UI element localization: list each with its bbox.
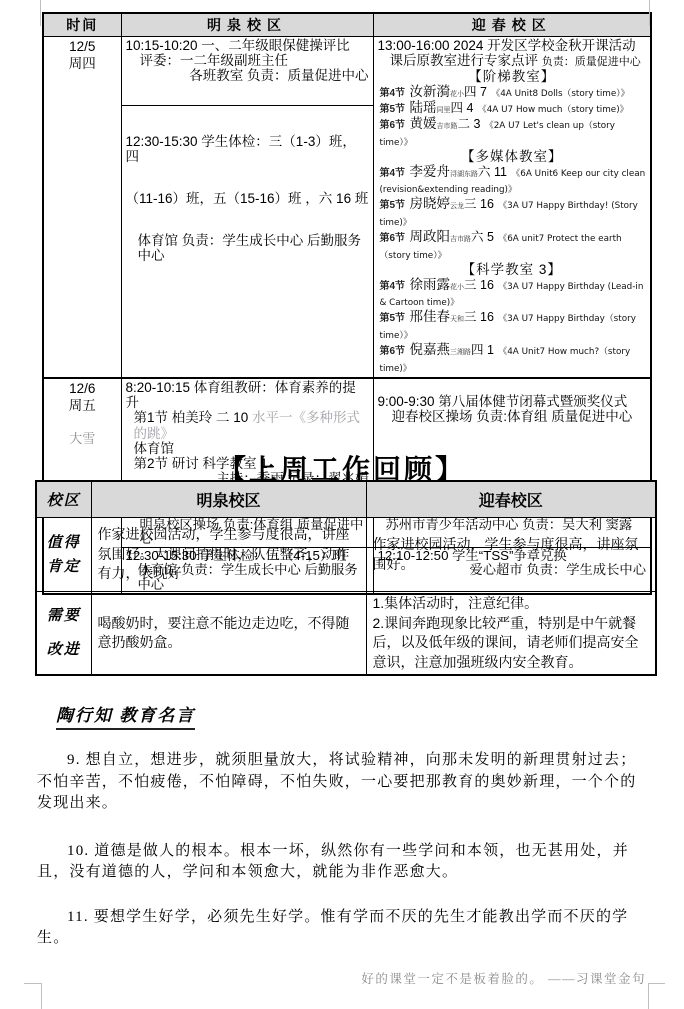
lesson-entry: 第6节 黄媛吉市路二 3 《2A U7 Let's clean up（story…	[378, 117, 647, 150]
weekday-label: 周五	[48, 397, 117, 414]
lesson-school: 浔湖东路	[450, 171, 478, 178]
lesson-school: 花小	[450, 91, 464, 98]
lesson-title: 《4A Unit8 Dolls（story time）》	[491, 89, 629, 99]
quote-11: 11. 要想学生好学，必须先生好学。惟有学而不厌的先生才能教出学而不厌的学生。	[37, 907, 650, 950]
col-header-time: 时间	[43, 13, 121, 37]
document-page: { "colors":{"header_bg":"#d9d9d9","borde…	[0, 0, 684, 1009]
activity-text: 课后原教室进行专家点评	[390, 53, 539, 68]
quotes-section: 9. 想自立，想进步，就须胆量放大，将试验精神，向那未发明的新理贯射过去；不怕辛…	[37, 750, 650, 976]
lesson-teacher: 徐雨露	[410, 277, 451, 292]
activity-line: 第1节 柏美玲 二 10 水平一《多种形式的跳》	[126, 410, 369, 440]
improve-item: 2.课间奔跑现象比较严重，特别是中午就餐后，以及低年级的课间，请老师们提高安全意…	[373, 614, 650, 673]
lesson-entry: 第4节 汝新漪花小四 7 《4A Unit8 Dolls（story time）…	[378, 85, 647, 101]
lesson-school: 花小	[450, 284, 464, 291]
col-header-mingquan: 明泉校区	[121, 13, 373, 37]
row-label-worth-affirming: 值得 肯定	[36, 518, 91, 592]
text-boundary-mark	[648, 983, 649, 1009]
lesson-entry: 第4节 徐雨露花小三 16 《3A U7 Happy Birthday (Lea…	[378, 278, 647, 311]
lesson-entry: 第5节 陆瑶同里四 4 《4A U7 How much（story time)》	[378, 101, 647, 117]
date-label: 12/6	[48, 380, 117, 397]
col-header-yingchun: 迎春校区	[366, 481, 656, 518]
review-header-row: 校区 明泉校区 迎春校区	[36, 481, 656, 518]
activity-line: 各班教室 负责：质量促进中心	[126, 68, 369, 83]
activity-line: 课后原教室进行专家点评 负责：质量促进中心	[378, 53, 647, 70]
text-boundary-mark	[40, 0, 41, 26]
lesson-class: 三 16	[464, 310, 494, 324]
lesson-teacher: 倪嘉燕	[410, 342, 451, 357]
lesson-period: 第6节	[380, 233, 406, 244]
activity-line: 12:30-15:30 学生体检：三（1-3）班， 四	[126, 134, 369, 164]
lesson-title: 《4A U7 How much（story time)》	[478, 105, 629, 115]
row-label-needs-improvement: 需要 改进	[36, 592, 91, 676]
col-header-campus: 校区	[36, 481, 91, 518]
lesson-teacher: 汝新漪	[410, 84, 451, 99]
lesson-class: 四 4	[451, 101, 474, 115]
col-header-mingquan: 明泉校区	[91, 481, 366, 518]
lesson-class: 四 7	[464, 85, 487, 99]
col-header-yingchun: 迎春校区	[373, 13, 651, 37]
room-heading: 【阶梯教室】	[378, 70, 647, 85]
date-cell-12-5: 12/5 周四	[43, 37, 121, 379]
row-label-line: 肯定	[43, 555, 85, 579]
solar-term-label: 大雪	[48, 430, 117, 447]
lesson-school: 吉市路	[450, 236, 471, 243]
lesson-period: 第5节	[380, 200, 406, 211]
lesson-school: 三湘路	[450, 349, 471, 356]
lesson-school: 同里	[437, 107, 451, 114]
lesson-teacher: 周政阳	[410, 229, 451, 244]
row-label-line: 值得	[43, 531, 85, 555]
activity-line: 13:00-16:00 2024 开发区学校金秋开课活动	[378, 38, 647, 53]
review-mingquan-improve: 喝酸奶时，要注意不能边走边吃，不得随意扔酸奶盒。	[91, 592, 366, 676]
responsible-text: 负责：质量促进中心	[542, 56, 641, 68]
review-yingchun-positive: 作家进校园活动，学生参与度很高，讲座氛围好。	[366, 518, 656, 592]
cell-yingchun-thu: 13:00-16:00 2024 开发区学校金秋开课活动 课后原教室进行专家点评…	[373, 37, 651, 379]
date-label: 12/5	[48, 38, 117, 55]
lesson-teacher: 陆瑶	[410, 100, 437, 115]
lesson-entry: 第6节 周政阳吉市路六 5 《6A unit7 Protect the eart…	[378, 230, 647, 263]
lesson-period: 第4节	[380, 168, 406, 179]
lesson-teacher: 李爱舟	[410, 164, 451, 179]
review-yingchun-improve: 1.集体活动时，注意纪律。 2.课间奔跑现象比较严重，特别是中午就餐后，以及低年…	[366, 592, 656, 676]
quote-10: 10. 道德是做人的根本。根本一坏，纵然你有一些学问和本领，也无甚用处，并且，没…	[37, 841, 650, 884]
lesson-class: 三 16	[464, 197, 494, 211]
activity-line: 9:00-9:30 第八届体健节闭幕式暨颁奖仪式	[378, 380, 647, 409]
lesson-class: 二 3	[458, 117, 481, 131]
lesson-period: 第5节	[380, 104, 406, 115]
cell-mingquan-thu-afternoon: 12:30-15:30 学生体检：三（1-3）班， 四 （11-16）班，五（1…	[121, 105, 373, 378]
lesson-class: 四 1	[471, 343, 494, 357]
activity-line: 评委：一二年级副班主任	[126, 53, 369, 68]
text-boundary-mark	[648, 983, 665, 984]
quote-9: 9. 想自立，想进步，就须胆量放大，将试验精神，向那未发明的新理贯射过去；不怕辛…	[37, 750, 650, 815]
lesson-period: 第6节	[380, 346, 406, 357]
lesson-entry: 第5节 房晓婷云龙三 16 《3A U7 Happy Birthday! (St…	[378, 197, 647, 230]
lesson-class: 六 5	[471, 230, 494, 244]
quotes-heading: 陶行知 教育名言	[56, 701, 195, 730]
review-table: 校区 明泉校区 迎春校区 值得 肯定 作家进校园活动，学生参与度很高，讲座氛围好…	[35, 480, 657, 676]
lesson-teacher: 黄媛	[410, 116, 437, 131]
lesson-entry: 第6节 倪嘉燕三湘路四 1 《4A Unit7 How much?（story …	[378, 343, 647, 376]
text-boundary-mark	[41, 983, 42, 1009]
text-boundary-mark	[24, 983, 41, 984]
room-heading: 【多媒体教室】	[378, 150, 647, 165]
lesson-entry: 第4节 李爱舟浔湖东路六 11 《6A Unit6 Keep our city …	[378, 165, 647, 198]
activity-line: 体育馆 负责：学生成长中心 后勤服务中心	[126, 233, 369, 263]
page-footer-quote: 好的课堂一定不是板着脸的。 ——习课堂金句	[361, 969, 646, 987]
activity-text: 第1节 柏美玲 二 10	[134, 410, 253, 425]
activity-line: （11-16）班，五（15-16）班 ，六 16 班	[126, 191, 369, 206]
row-label-line: 改进	[43, 638, 85, 662]
review-mingquan-positive: 作家进校园活动，学生参与度很高，讲座氛围好。大课间拍摄时，队伍整齐，动作有力，表…	[91, 518, 366, 592]
lesson-teacher: 房晓婷	[410, 196, 451, 211]
lesson-class: 六 11	[478, 165, 507, 179]
row-label-line: 需要	[43, 604, 85, 628]
lesson-school: 吉市路	[437, 123, 458, 130]
activity-line: 10:15-10:20 一、二年级眼保健操评比	[126, 38, 369, 53]
schedule-header-row: 时间 明泉校区 迎春校区	[43, 13, 651, 37]
lesson-teacher: 邢佳春	[410, 309, 451, 324]
lesson-school: 天和	[450, 316, 464, 323]
room-heading: 【科学教室 3】	[378, 263, 647, 278]
activity-line: 8:20-10:15 体育组教研：体育素养的提升	[126, 380, 369, 410]
lesson-entry: 第5节 邢佳春天和三 16 《3A U7 Happy Birthday（stor…	[378, 310, 647, 343]
lesson-class: 三 16	[464, 278, 494, 292]
activity-line: 迎春校区操场 负责:体育组 质量促进中心	[378, 409, 647, 424]
improve-item: 1.集体活动时，注意纪律。	[373, 594, 650, 614]
lesson-period: 第4节	[380, 88, 406, 99]
lesson-period: 第4节	[380, 281, 406, 292]
lesson-period: 第6节	[380, 120, 406, 131]
text-boundary-mark	[649, 0, 650, 26]
weekday-label: 周四	[48, 55, 117, 72]
lesson-school: 云龙	[450, 203, 464, 210]
lesson-period: 第5节	[380, 313, 406, 324]
cell-mingquan-thu-morning: 10:15-10:20 一、二年级眼保健操评比 评委：一二年级副班主任 各班教室…	[121, 37, 373, 106]
